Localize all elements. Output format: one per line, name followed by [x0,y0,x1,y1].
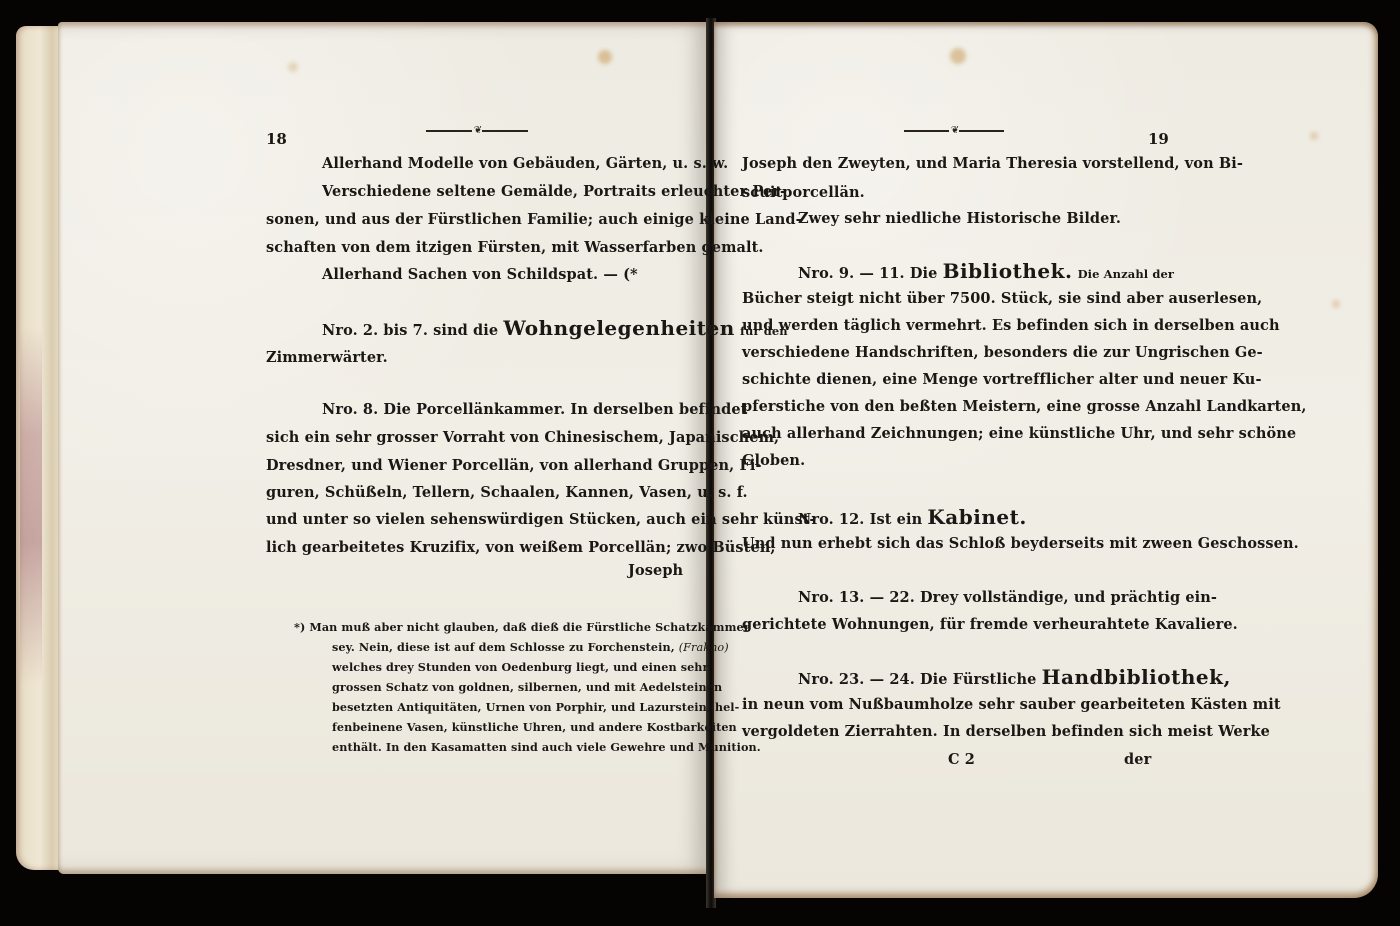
footnote-line: grossen Schatz von goldnen, silbernen, u… [332,680,686,694]
ornament-rule [426,130,472,132]
section-number: Nro. 2. bis 7. sind die [322,322,498,339]
section-heading-line: Nro. 2. bis 7. sind die Wohngelegenheite… [322,316,684,340]
header-ornament-right: ❦ [904,128,1004,134]
catchword: Joseph [628,562,683,579]
section-heading-line: Nro. 23. — 24. Die Fürstliche Handbiblio… [798,665,1160,689]
text-line: scuitporcellän. [742,184,865,201]
text-line: auch allerhand Zeichnungen; eine künstli… [742,425,1160,442]
ornament-rule [959,130,1004,132]
text-line: gerichtete Wohnungen, für fremde verheur… [742,616,1238,633]
text-line: sich ein sehr grosser Vorraht von Chines… [266,429,684,446]
ornament-flourish-icon: ❦ [472,128,482,134]
text-line: Nro. 13. — 22. Drey vollständige, und pr… [798,589,1160,606]
page-number-left: 18 [266,130,287,148]
footnote-line: enthält. In den Kasamatten sind auch vie… [332,740,686,754]
text-line: schichte dienen, eine Menge vortrefflich… [742,371,1160,388]
foxing-stain [950,48,966,64]
footnote-line: welches drey Stunden von Oedenburg liegt… [332,660,686,674]
section-title: Wohngelegenheiten [503,316,734,340]
right-page [714,22,1378,898]
text-line: Bücher steigt nicht über 7500. Stück, si… [742,290,1160,307]
text-line: Zwey sehr niedliche Historische Bilder. [798,210,1121,227]
section-number: Nro. 9. — 11. Die [798,265,937,282]
signature-mark: C 2 [948,751,975,768]
text-line: und unter so vielen sehenswürdigen Stück… [266,511,684,528]
text-line: guren, Schüßeln, Tellern, Schaalen, Kann… [266,484,684,501]
book-spread: 18 ❦ Allerhand Modelle von Gebäuden, Gär… [0,0,1400,926]
section-title: Bibliothek. [943,259,1073,283]
footnote-line: sey. Nein, diese ist auf dem Schlosse zu… [332,640,686,654]
catchword: der [1124,751,1151,768]
section-title: Kabinet. [927,505,1026,529]
text-line: Und nun erhebt sich das Schloß beydersei… [742,535,1160,552]
ornament-rule [904,130,949,132]
text-line: verschiedene Handschriften, besonders di… [742,344,1160,361]
text-line: Joseph den Zweyten, und Maria Theresia v… [742,155,1160,172]
text-line: Allerhand Modelle von Gebäuden, Gärten, … [322,155,728,172]
text-line: und werden täglich vermehrt. Es befinden… [742,317,1160,334]
text-line: Allerhand Sachen von Schildspat. — (* [322,266,638,283]
section-number: Nro. 23. — 24. Die Fürstliche [798,671,1036,688]
section-number: Nro. 12. Ist ein [798,511,922,528]
section-heading-line: Nro. 9. — 11. Die Bibliothek. Die Anzahl… [798,259,1160,283]
text-line: Nro. 8. Die Porcellänkammer. In derselbe… [322,401,684,418]
text-line: Dresdner, und Wiener Porcellän, von alle… [266,457,684,474]
header-ornament-left: ❦ [426,128,528,134]
text-fragment: Die Anzahl der [1078,267,1174,281]
text-line: in neun vom Nußbaumholze sehr sauber gea… [742,696,1160,713]
text-line: Globen. [742,452,805,469]
section-title: Handbibliothek, [1042,665,1231,689]
ornament-rule [482,130,528,132]
foxing-stain [288,62,298,72]
footnote-text: sey. Nein, diese ist auf dem Schlosse zu… [332,640,675,654]
foxing-stain [598,50,612,64]
text-line: lich gearbeitetes Kruzifix, von weißem P… [266,539,684,556]
footnote-italic: (Frakno) [679,641,729,654]
text-line: pferstiche von den beßten Meistern, eine… [742,398,1160,415]
text-line: Verschiedene seltene Gemälde, Portraits … [322,183,684,200]
section-heading-line: Nro. 12. Ist ein Kabinet. [798,505,1027,529]
text-line: schaften von dem itzigen Fürsten, mit Wa… [266,239,764,256]
footnote-line: *) Man muß aber nicht glauben, daß dieß … [294,620,686,634]
text-line: sonen, und aus der Fürstlichen Familie; … [266,211,684,228]
text-line: Zimmerwärter. [266,349,388,366]
text-line: vergoldeten Zierrahten. In derselben bef… [742,723,1160,740]
page-number-right: 19 [1148,130,1169,148]
footnote-line: besetzten Antiquitäten, Urnen von Porphi… [332,700,686,714]
footnote-line: fenbeinene Vasen, künstliche Uhren, und … [332,720,686,734]
foxing-stain [1310,132,1318,140]
foxing-stain [1332,300,1340,308]
ornament-flourish-icon: ❦ [949,128,959,134]
